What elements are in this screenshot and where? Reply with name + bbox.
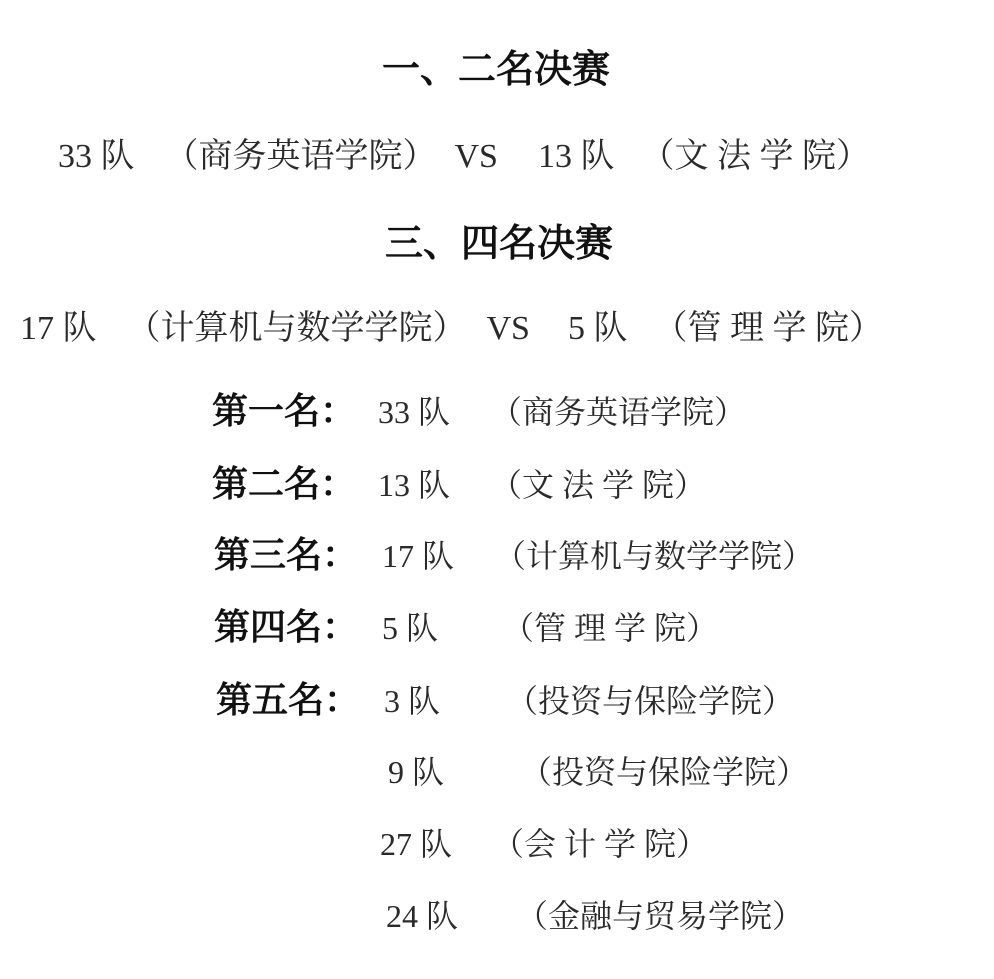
rank-college-6: （投资与保险学院） — [520, 756, 808, 788]
rank-team-4: 5 队 — [382, 612, 438, 644]
final-3-4-matchup: 17 队 （计算机与数学学院） VS 5 队 （管 理 学 院） — [20, 300, 883, 349]
college-a: （计算机与数学学院） — [127, 300, 467, 349]
rank-team-1: 33 队 — [378, 396, 450, 428]
rank-label-1: 第一名： — [212, 393, 356, 429]
vs-label: VS — [487, 310, 530, 348]
rank-college-2: （文 法 学 院） — [490, 469, 706, 501]
rank-team-6: 9 队 — [388, 756, 444, 788]
vs-label: VS — [455, 138, 498, 176]
team-a: 33 队 — [58, 128, 135, 177]
rank-team-8: 24 队 — [386, 900, 458, 932]
rank-team-7: 27 队 — [380, 828, 452, 860]
rank-college-3: （计算机与数学学院） — [494, 540, 814, 572]
college-b: （文 法 学 院） — [640, 128, 870, 177]
rank-college-8: （金融与贸易学院） — [516, 900, 804, 932]
final-1-2-matchup: 33 队 （商务英语学院） VS 13 队 （文 法 学 院） — [58, 128, 870, 177]
rank-college-1: （商务英语学院） — [490, 396, 746, 428]
rank-label-2: 第二名： — [212, 466, 356, 502]
college-b: （管 理 学 院） — [653, 300, 883, 349]
final-1-2-title: 一、二名决赛 — [382, 50, 610, 88]
team-b: 5 队 — [568, 300, 628, 349]
rank-college-5: （投资与保险学院） — [506, 685, 794, 717]
rank-label-5: 第五名： — [216, 682, 360, 718]
rank-team-3: 17 队 — [382, 540, 454, 572]
team-b: 13 队 — [538, 128, 615, 177]
rank-college-7: （会 计 学 院） — [492, 828, 708, 860]
rank-label-4: 第四名： — [214, 609, 358, 645]
rank-team-5: 3 队 — [384, 685, 440, 717]
rank-college-4: （管 理 学 院） — [502, 612, 718, 644]
college-a: （商务英语学院） — [165, 128, 437, 177]
rank-team-2: 13 队 — [378, 469, 450, 501]
final-3-4-title: 三、四名决赛 — [385, 224, 613, 262]
rank-label-3: 第三名： — [214, 537, 358, 573]
team-a: 17 队 — [20, 300, 97, 349]
